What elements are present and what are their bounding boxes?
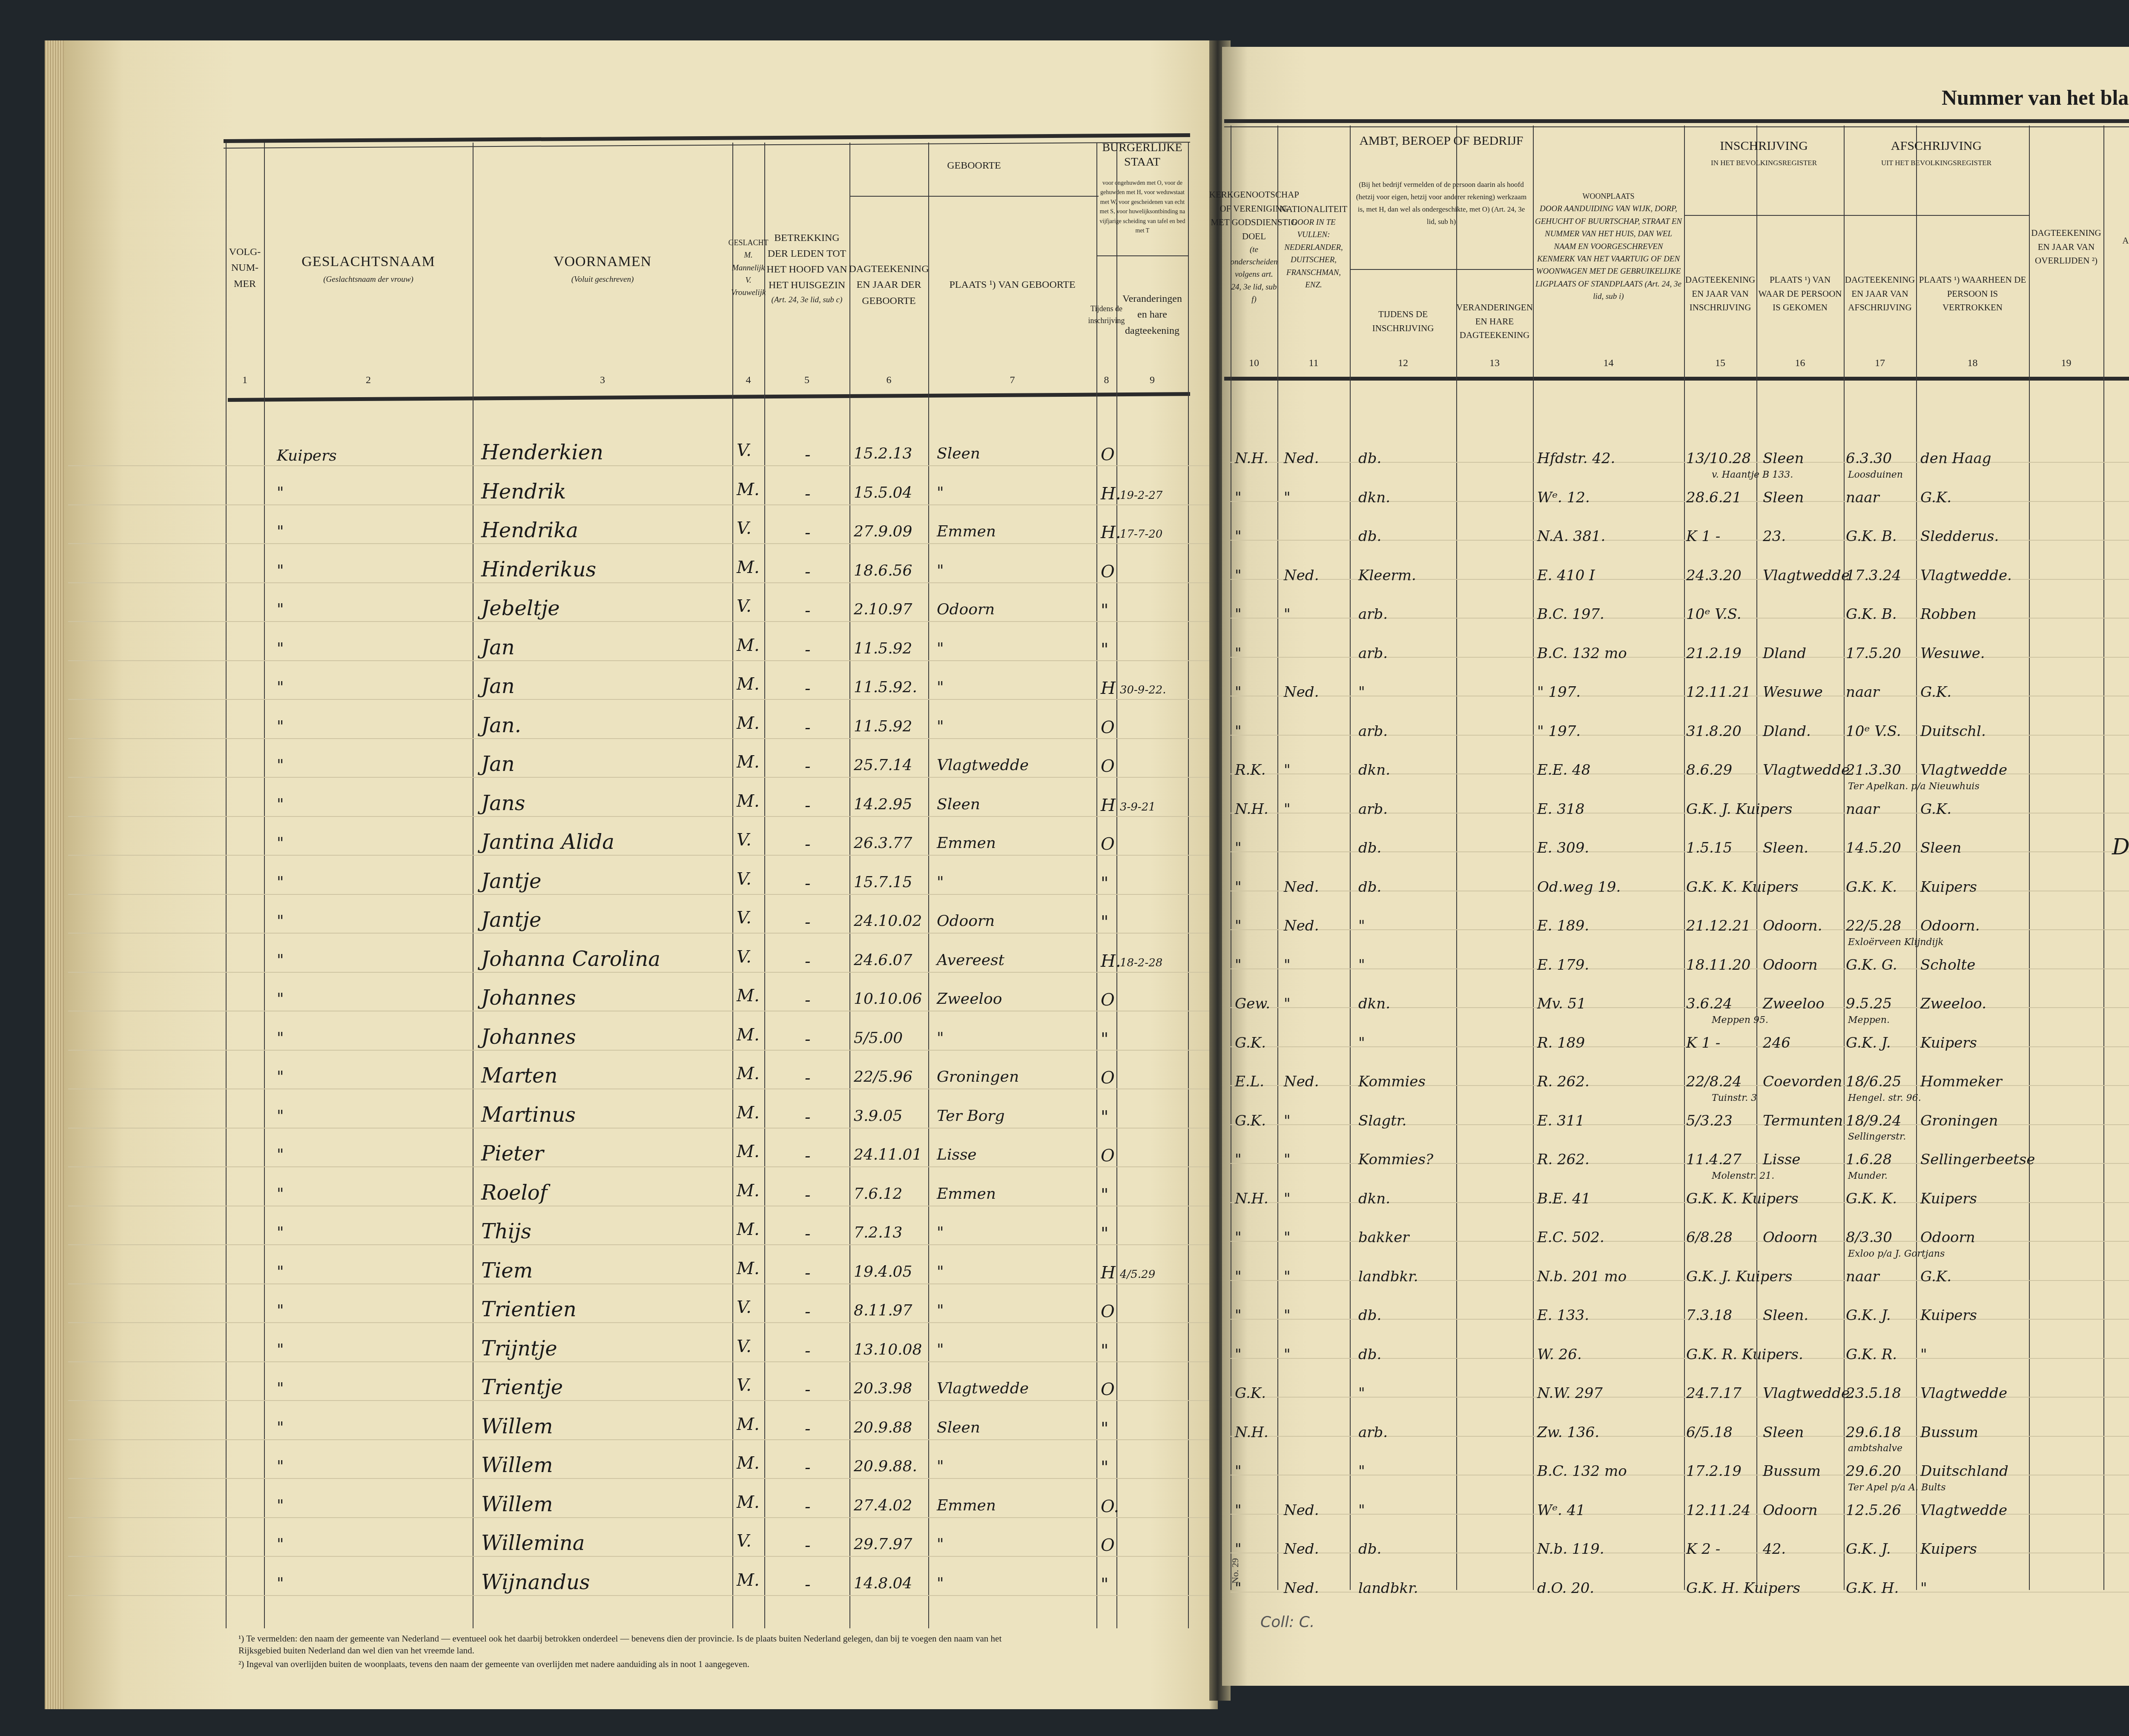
- surname-cell: ": [277, 756, 284, 774]
- sex-cell: M.: [737, 1259, 760, 1278]
- nationality-cell: Ned.: [1284, 879, 1319, 896]
- registration-date-cell: 1.5.15: [1686, 839, 1732, 857]
- registration-date-cell: 6/8.28: [1686, 1229, 1733, 1246]
- relation-cell: -: [805, 445, 811, 464]
- address-cell: W. 26.: [1537, 1346, 1582, 1363]
- relation-cell: -: [805, 562, 811, 582]
- moved-to-cell: Zweeloo.: [1920, 995, 1986, 1012]
- column-header-3: VOORNAMEN(Voluit geschreven): [473, 149, 732, 387]
- row-guide-left: [68, 972, 1209, 973]
- row-guide-left: [68, 621, 1209, 622]
- column-title: DAGTEEKENING EN JAAR VAN INSCHRIJVING: [1685, 273, 1755, 315]
- column-header-11: NATIONALITEITDOOR IN TE VULLEN: NEDERLAN…: [1277, 132, 1350, 362]
- occupation-cell: db.: [1358, 1307, 1381, 1324]
- civil-status-cell: ": [1101, 640, 1108, 659]
- church-cell: ": [1235, 567, 1242, 584]
- deregistration-date-cell: G.K. J.: [1846, 1541, 1891, 1558]
- row-guide-left: [68, 894, 1209, 895]
- church-cell: ": [1235, 1229, 1242, 1246]
- surname-cell: ": [277, 1224, 284, 1241]
- came-from-cell: Odoorn: [1763, 957, 1818, 974]
- address-cell: E. 189.: [1537, 917, 1589, 934]
- came-from-cell: Odoorn.: [1763, 917, 1822, 934]
- column-header-1: VOLG-NUM-MER: [226, 149, 264, 387]
- nationality-cell: Ned.: [1284, 450, 1319, 467]
- given-names-cell: Pieter: [481, 1142, 544, 1166]
- moved-to-cell: Kuipers: [1920, 1190, 1977, 1207]
- sex-cell: M.: [737, 1142, 760, 1161]
- moved-to-cell: G.K.: [1920, 489, 1951, 506]
- deregistration-date-cell: G.K. B.: [1846, 606, 1897, 623]
- church-cell: ": [1235, 1463, 1242, 1480]
- birth-date-cell: 14.8.04: [854, 1575, 912, 1592]
- column-title: PLAATS ¹) VAN WAAR DE PERSOON IS GEKOMEN: [1758, 273, 1842, 315]
- civil-status-cell: O: [1101, 718, 1115, 737]
- address-cell: Od.weg 19.: [1537, 879, 1621, 896]
- birth-place-cell: ": [937, 1458, 944, 1475]
- occupation-cell: ": [1358, 1502, 1365, 1519]
- row-guide-left: [68, 660, 1209, 661]
- column-number: 10: [1231, 358, 1277, 369]
- deregistration-date-cell: 17.5.20: [1846, 645, 1901, 662]
- row-guide-left: [68, 1089, 1209, 1089]
- relation-cell: -: [805, 1419, 811, 1438]
- occupation-cell: db.: [1358, 839, 1381, 857]
- surname-cell: ": [277, 601, 284, 618]
- nationality-cell: Ned.: [1284, 567, 1319, 584]
- occupation-cell: Kommies?: [1358, 1151, 1433, 1168]
- civil-status-cell: ": [1101, 601, 1108, 620]
- sex-cell: M.: [737, 1220, 760, 1239]
- column-title: Veranderingen en hare dagteekening: [1118, 291, 1186, 339]
- birth-date-cell: 18.6.56: [854, 562, 912, 579]
- nationality-cell: ": [1284, 1268, 1291, 1285]
- surname-cell: ": [277, 1497, 284, 1514]
- surname-cell: ": [277, 1302, 284, 1319]
- relation-cell: -: [805, 1575, 811, 1594]
- moved-to-cell: Sledderus.: [1920, 528, 1999, 545]
- occupation-cell: arb.: [1358, 606, 1388, 623]
- registration-date-cell: 12.11.24: [1686, 1502, 1750, 1519]
- given-names-cell: Martinus: [481, 1103, 576, 1127]
- church-cell: ": [1235, 879, 1242, 896]
- sex-cell: M.: [737, 986, 760, 1006]
- relation-cell: -: [805, 912, 811, 932]
- moved-to-cell: ": [1920, 1346, 1927, 1363]
- given-names-cell: Roelof: [481, 1181, 547, 1205]
- row-guide-left: [68, 1478, 1209, 1479]
- column-header-19: DAGTEEKENING EN JAAR VAN OVERLIJDEN ²): [2029, 132, 2103, 362]
- civil-status-cell: ": [1101, 1575, 1108, 1594]
- burgerlijke-staat-note: voor ongehuwden met O, voor de gehuwden …: [1098, 179, 1187, 236]
- relation-cell: -: [805, 1497, 811, 1516]
- church-cell: ": [1235, 1307, 1242, 1324]
- came-from-cell: Coevorden: [1763, 1073, 1842, 1090]
- address-cell: E. 318: [1537, 801, 1584, 818]
- came-from-cell: Sleen: [1763, 450, 1804, 467]
- column-title: DAGTEEKENING EN JAAR VAN AFSCHRIJVING: [1845, 273, 1915, 315]
- birth-place-cell: Emmen: [937, 1185, 996, 1203]
- church-cell: N.H.: [1235, 1190, 1268, 1207]
- sex-cell: M.: [737, 1064, 760, 1083]
- civil-status-cell: O: [1101, 834, 1115, 854]
- birth-date-cell: 27.4.02: [854, 1497, 912, 1514]
- nationality-cell: ": [1284, 995, 1291, 1012]
- birth-place-cell: Odoorn: [937, 601, 995, 618]
- nationality-cell: ": [1284, 1307, 1291, 1324]
- came-from-cell: Vlagtwedde: [1763, 762, 1850, 779]
- occupation-cell: dkn.: [1358, 995, 1390, 1012]
- row-guide-left: [68, 1128, 1209, 1129]
- civil-status-cell: ": [1101, 874, 1108, 893]
- sex-cell: M.: [737, 1453, 760, 1473]
- column-title: TIJDENS DE INSCHRIJVING: [1351, 307, 1455, 335]
- header-top-thin-rule-right: [1224, 126, 2129, 127]
- moved-to-cell: Scholte: [1920, 957, 1975, 974]
- address-cell: N.b. 201 mo: [1537, 1268, 1627, 1285]
- moved-to-cell: Wesuwe.: [1920, 645, 1985, 662]
- deregistration-date-cell: G.K. K.: [1846, 1190, 1897, 1207]
- birth-date-cell: 22/5.96: [854, 1068, 912, 1086]
- moved-to-cell: Robben: [1920, 606, 1977, 623]
- birth-date-cell: 20.3.98: [854, 1380, 912, 1397]
- registration-date-cell: G.K. H. Kuipers: [1686, 1580, 1800, 1597]
- civil-change-cell: 17-7-20: [1120, 528, 1162, 541]
- civil-status-cell: ": [1101, 1341, 1108, 1361]
- sex-cell: V.: [737, 1531, 752, 1551]
- sex-cell: M.: [737, 713, 760, 733]
- address-cell: d.O. 20.: [1537, 1580, 1594, 1597]
- occupation-cell: db.: [1358, 450, 1381, 467]
- group-divider: [1844, 215, 2029, 216]
- row-guide-left: [68, 1556, 1209, 1557]
- surname-cell: ": [277, 562, 284, 579]
- civil-status-cell: ": [1101, 1185, 1108, 1205]
- birth-date-cell: 11.5.92: [854, 718, 912, 735]
- deregistration-date-cell: naar: [1846, 1268, 1879, 1285]
- came-from-cell: Vlagtwedde: [1763, 567, 1850, 584]
- birth-place-cell: Vlagtwedde: [937, 1380, 1029, 1397]
- came-from-cell: Sleen.: [1763, 1307, 1808, 1324]
- deregistration-date-cell: G.K. H.: [1846, 1580, 1899, 1597]
- occupation-cell: landbkr.: [1358, 1580, 1418, 1597]
- birth-date-cell: 5/5.00: [854, 1029, 903, 1047]
- civil-status-cell: H: [1101, 796, 1116, 815]
- moved-to-cell: G.K.: [1920, 801, 1951, 818]
- address-cell: E. 311: [1537, 1112, 1584, 1129]
- address-cell: Mv. 51: [1537, 995, 1586, 1012]
- column-number: 3: [473, 375, 732, 386]
- sex-cell: V.: [737, 596, 752, 616]
- row-guide-left: [68, 1011, 1209, 1011]
- column-title: GESLACHT: [729, 237, 769, 249]
- occupation-cell: ": [1358, 1385, 1365, 1402]
- church-cell: ": [1235, 1502, 1242, 1519]
- sex-cell: M.: [737, 480, 760, 499]
- deregistration-date-cell: naar: [1846, 801, 1879, 818]
- moved-to-cell: Hommeker: [1920, 1073, 2002, 1090]
- deregistration-date-cell: 8/3.30: [1846, 1229, 1892, 1246]
- column-title: VOLG-NUM-MER: [227, 244, 262, 292]
- civil-status-cell: ": [1101, 912, 1108, 932]
- column-header-10: KERKGENOOTSCHAP OF VERENIGING MET GODSDI…: [1231, 132, 1277, 362]
- address-cell: B.C. 132 mo: [1537, 645, 1627, 662]
- address-cell: E. 133.: [1537, 1307, 1589, 1324]
- birth-place-cell: ": [937, 1535, 944, 1553]
- deregistration-date-cell: 6.3.30: [1846, 450, 1892, 467]
- registration-note: v. Haantje B 133.: [1712, 470, 1793, 480]
- sex-cell: M.: [737, 1493, 760, 1512]
- registration-date-cell: 22/8.24: [1686, 1073, 1742, 1090]
- civil-status-cell: ": [1101, 1224, 1108, 1243]
- given-names-cell: Johanna Carolina: [481, 947, 660, 971]
- given-names-cell: Willem: [481, 1493, 553, 1516]
- surname-cell: ": [277, 1535, 284, 1553]
- birth-date-cell: 24.11.01: [854, 1146, 922, 1163]
- address-cell: R. 262.: [1537, 1151, 1590, 1168]
- church-cell: ": [1235, 1268, 1242, 1285]
- relation-cell: -: [805, 874, 811, 893]
- deregistration-date-cell: 23.5.18: [1846, 1385, 1901, 1402]
- surname-cell: ": [277, 1185, 284, 1203]
- deregistration-note: Exloo p/a J. Gortjans: [1848, 1249, 1945, 1259]
- civil-status-cell: H: [1101, 1263, 1116, 1283]
- birth-date-cell: 20.9.88: [854, 1419, 912, 1436]
- sex-cell: V.: [737, 908, 752, 928]
- relation-cell: -: [805, 1107, 811, 1127]
- registration-date-cell: 21.2.19: [1686, 645, 1742, 662]
- civil-status-cell: O: [1101, 1068, 1115, 1088]
- column-subtitle: (Voluit geschreven): [571, 273, 634, 286]
- civil-status-cell: ": [1101, 1458, 1108, 1477]
- given-names-cell: Trientje: [481, 1375, 563, 1399]
- ambt-note: (Bij het bedrijf vermelden of de persoon…: [1354, 179, 1529, 228]
- occupation-cell: db.: [1358, 1541, 1381, 1558]
- deregistration-date-cell: G.K. R.: [1846, 1346, 1897, 1363]
- given-names-cell: Willem: [481, 1453, 553, 1477]
- nationality-cell: Ned.: [1284, 917, 1319, 934]
- birth-date-cell: 3.9.05: [854, 1107, 903, 1125]
- given-names-cell: Jans: [481, 791, 525, 815]
- given-names-cell: Wijnandus: [481, 1570, 590, 1594]
- surname-cell: ": [277, 679, 284, 696]
- birth-date-cell: 15.2.13: [854, 445, 912, 462]
- came-from-cell: Vlagtwedde.: [1763, 1385, 1854, 1402]
- church-cell: ": [1235, 528, 1242, 545]
- sex-cell: V.: [737, 519, 752, 538]
- church-cell: ": [1235, 1346, 1242, 1363]
- given-names-cell: Johannes: [481, 986, 576, 1010]
- registration-date-cell: 6/5.18: [1686, 1424, 1733, 1441]
- registration-date-cell: G.K. K. Kuipers: [1686, 879, 1799, 896]
- came-from-cell: Zweeloo: [1763, 995, 1825, 1012]
- birth-place-cell: Sleen: [937, 445, 980, 462]
- address-cell: R. 189: [1537, 1034, 1585, 1051]
- surname-cell: ": [277, 1380, 284, 1397]
- birth-place-cell: ": [937, 874, 944, 891]
- row-guide-left: [68, 1166, 1209, 1167]
- nationality-cell: ": [1284, 489, 1291, 506]
- registration-date-cell: 28.6.21: [1686, 489, 1742, 506]
- deregistration-note: Hengel. str. 96.: [1848, 1093, 1921, 1103]
- deregistration-date-cell: naar: [1846, 489, 1879, 506]
- column-title: DAGTEEKENING EN JAAR DER GEBOORTE: [849, 261, 929, 309]
- birth-date-cell: 2.10.97: [854, 601, 912, 618]
- sex-cell: M.: [737, 674, 760, 694]
- relation-cell: -: [805, 834, 811, 854]
- church-cell: ": [1235, 957, 1242, 974]
- occupation-cell: ": [1358, 957, 1365, 974]
- nationality-cell: ": [1284, 762, 1291, 779]
- deregistration-date-cell: 18/6.25: [1846, 1073, 1901, 1090]
- relation-cell: -: [805, 1302, 811, 1321]
- row-guide-left: [68, 1206, 1209, 1206]
- sex-cell: M.: [737, 1103, 760, 1123]
- birth-place-cell: Emmen: [937, 834, 996, 852]
- given-names-cell: Hinderikus: [481, 558, 596, 582]
- birth-place-cell: Emmen: [937, 523, 996, 540]
- nationality-cell: ": [1284, 1229, 1291, 1246]
- deregistration-date-cell: 10ᵉ V.S.: [1846, 723, 1901, 740]
- came-from-cell: Termunten: [1763, 1112, 1843, 1129]
- given-names-cell: Henderkien: [481, 441, 603, 464]
- address-cell: N.A. 381.: [1537, 528, 1605, 545]
- occupation-cell: dkn.: [1358, 762, 1390, 779]
- birth-place-cell: Odoorn: [937, 912, 995, 930]
- side-label: No. 29: [1230, 1558, 1241, 1584]
- deregistration-date-cell: 9.5.25: [1846, 995, 1892, 1012]
- surname-cell: ": [277, 990, 284, 1008]
- surname-cell: ": [277, 874, 284, 891]
- church-cell: ": [1235, 645, 1242, 662]
- row-guide-left: [68, 1439, 1209, 1440]
- address-cell: E.E. 48: [1537, 762, 1590, 779]
- nationality-cell: ": [1284, 1190, 1291, 1207]
- pencil-note: Coll: C.: [1260, 1613, 1314, 1631]
- column-header-4: GESLACHTM. Mannelijk V. Vrouwelijk: [732, 149, 764, 387]
- civil-status-cell: ": [1101, 1029, 1108, 1049]
- came-from-cell: Sleen.: [1763, 839, 1808, 857]
- address-cell: E.C. 502.: [1537, 1229, 1604, 1246]
- occupation-cell: ": [1358, 684, 1365, 701]
- column-title: PLAATS ¹) VAN GEBOORTE: [949, 277, 1075, 293]
- civil-status-cell: H: [1101, 679, 1116, 698]
- address-cell: " 197.: [1537, 684, 1581, 701]
- address-cell: " 197.: [1537, 723, 1581, 740]
- row-guide-left: [68, 465, 1209, 466]
- civil-status-cell: O: [1101, 445, 1115, 464]
- column-header-6: DAGTEEKENING EN JAAR DER GEBOORTE: [849, 200, 928, 370]
- church-cell: ": [1235, 1541, 1242, 1558]
- moved-to-cell: G.K.: [1920, 684, 1951, 701]
- given-names-cell: Willemina: [481, 1531, 585, 1555]
- address-cell: Hfdstr. 42.: [1537, 450, 1615, 467]
- column-header-12: TIJDENS DE INSCHRIJVING: [1350, 272, 1456, 370]
- birth-date-cell: 25.7.14: [854, 756, 912, 774]
- civil-status-cell: O: [1101, 990, 1115, 1010]
- birth-date-cell: 13.10.08: [854, 1341, 922, 1358]
- civil-change-cell: 19-2-27: [1120, 489, 1162, 502]
- column-number: 9: [1116, 375, 1188, 386]
- moved-to-cell: Duitschl.: [1920, 723, 1986, 740]
- church-cell: N.H.: [1235, 801, 1268, 818]
- deregistration-date-cell: G.K. G.: [1846, 957, 1897, 974]
- column-number: 14: [1533, 358, 1684, 369]
- moved-to-cell: Duitschland: [1920, 1463, 2008, 1480]
- registration-note: Meppen 95.: [1712, 1015, 1768, 1026]
- given-names-cell: Jantje: [481, 908, 541, 932]
- column-title: WOONPLAATS: [1582, 191, 1634, 203]
- birth-place-cell: ": [937, 1575, 944, 1592]
- address-cell: R. 262.: [1537, 1073, 1590, 1090]
- birth-date-cell: 20.9.88.: [854, 1458, 917, 1475]
- surname-cell: ": [277, 1458, 284, 1475]
- relation-cell: -: [805, 1029, 811, 1049]
- moved-to-cell: Vlagtwedde.: [1920, 567, 2012, 584]
- came-from-cell: Dland.: [1763, 723, 1811, 740]
- birth-place-cell: ": [937, 562, 944, 579]
- given-names-cell: Trientien: [481, 1298, 577, 1321]
- surname-cell: ": [277, 1575, 284, 1592]
- deregistration-date-cell: 29.6.18: [1846, 1424, 1901, 1441]
- registration-date-cell: K 2 -: [1686, 1541, 1720, 1558]
- moved-to-cell: ": [1920, 1580, 1927, 1597]
- sex-cell: V.: [737, 947, 752, 967]
- row-guide-left: [68, 816, 1209, 817]
- birth-place-cell: Emmen: [937, 1497, 996, 1514]
- birth-date-cell: 10.10.06: [854, 990, 922, 1008]
- sex-cell: M.: [737, 1415, 760, 1434]
- relation-cell: -: [805, 796, 811, 815]
- column-subtitle: DOOR IN TE VULLEN: NEDERLANDER, DUITSCHE…: [1279, 216, 1348, 292]
- group-header-inschrijving: INSCHRIJVING: [1684, 136, 1844, 156]
- remarks-cell: Dl. 85 - 65: [2112, 834, 2129, 860]
- sex-cell: V.: [737, 1375, 752, 1395]
- came-from-cell: 23.: [1763, 528, 1786, 545]
- deregistration-date-cell: G.K. K.: [1846, 879, 1897, 896]
- sex-cell: V.: [737, 441, 752, 460]
- registration-date-cell: 13/10.28: [1686, 450, 1751, 467]
- nationality-cell: ": [1284, 957, 1291, 974]
- given-names-cell: Jebeltje: [481, 596, 560, 620]
- occupation-cell: ": [1358, 1034, 1365, 1051]
- church-cell: G.K.: [1235, 1385, 1266, 1402]
- church-cell: N.H.: [1235, 450, 1268, 467]
- civil-status-cell: O.: [1101, 1497, 1119, 1516]
- registration-date-cell: K 1 -: [1686, 528, 1720, 545]
- birth-place-cell: ": [937, 718, 944, 735]
- group-header-burgerlijke-staat: BURGERLIJKE STAAT: [1096, 140, 1188, 169]
- row-guide-left: [68, 1050, 1209, 1051]
- surname-cell: ": [277, 951, 284, 969]
- birth-place-cell: Groningen: [937, 1068, 1019, 1086]
- column-subtitle: DOOR AANDUIDING VAN WIJK, DORP, GEHUCHT …: [1535, 203, 1682, 303]
- footnote-2: ²) Ingeval van overlijden buiten de woon…: [238, 1658, 1026, 1670]
- surname-cell: ": [277, 1263, 284, 1281]
- occupation-cell: ": [1358, 917, 1365, 934]
- column-subtitle: (Art. 24, 3e lid, sub c): [772, 294, 843, 306]
- moved-to-cell: Sleen: [1920, 839, 1961, 857]
- birth-date-cell: 11.5.92.: [854, 679, 917, 696]
- birth-date-cell: 7.6.12: [854, 1185, 903, 1203]
- birth-place-cell: ": [937, 640, 944, 657]
- church-cell: ": [1235, 839, 1242, 857]
- relation-cell: -: [805, 756, 811, 776]
- address-cell: Wᵉ. 12.: [1537, 489, 1590, 506]
- footnote-1: ¹) Te vermelden: den naam der gemeente v…: [238, 1633, 1026, 1657]
- relation-cell: -: [805, 1146, 811, 1166]
- row-guide-left: [68, 1517, 1209, 1518]
